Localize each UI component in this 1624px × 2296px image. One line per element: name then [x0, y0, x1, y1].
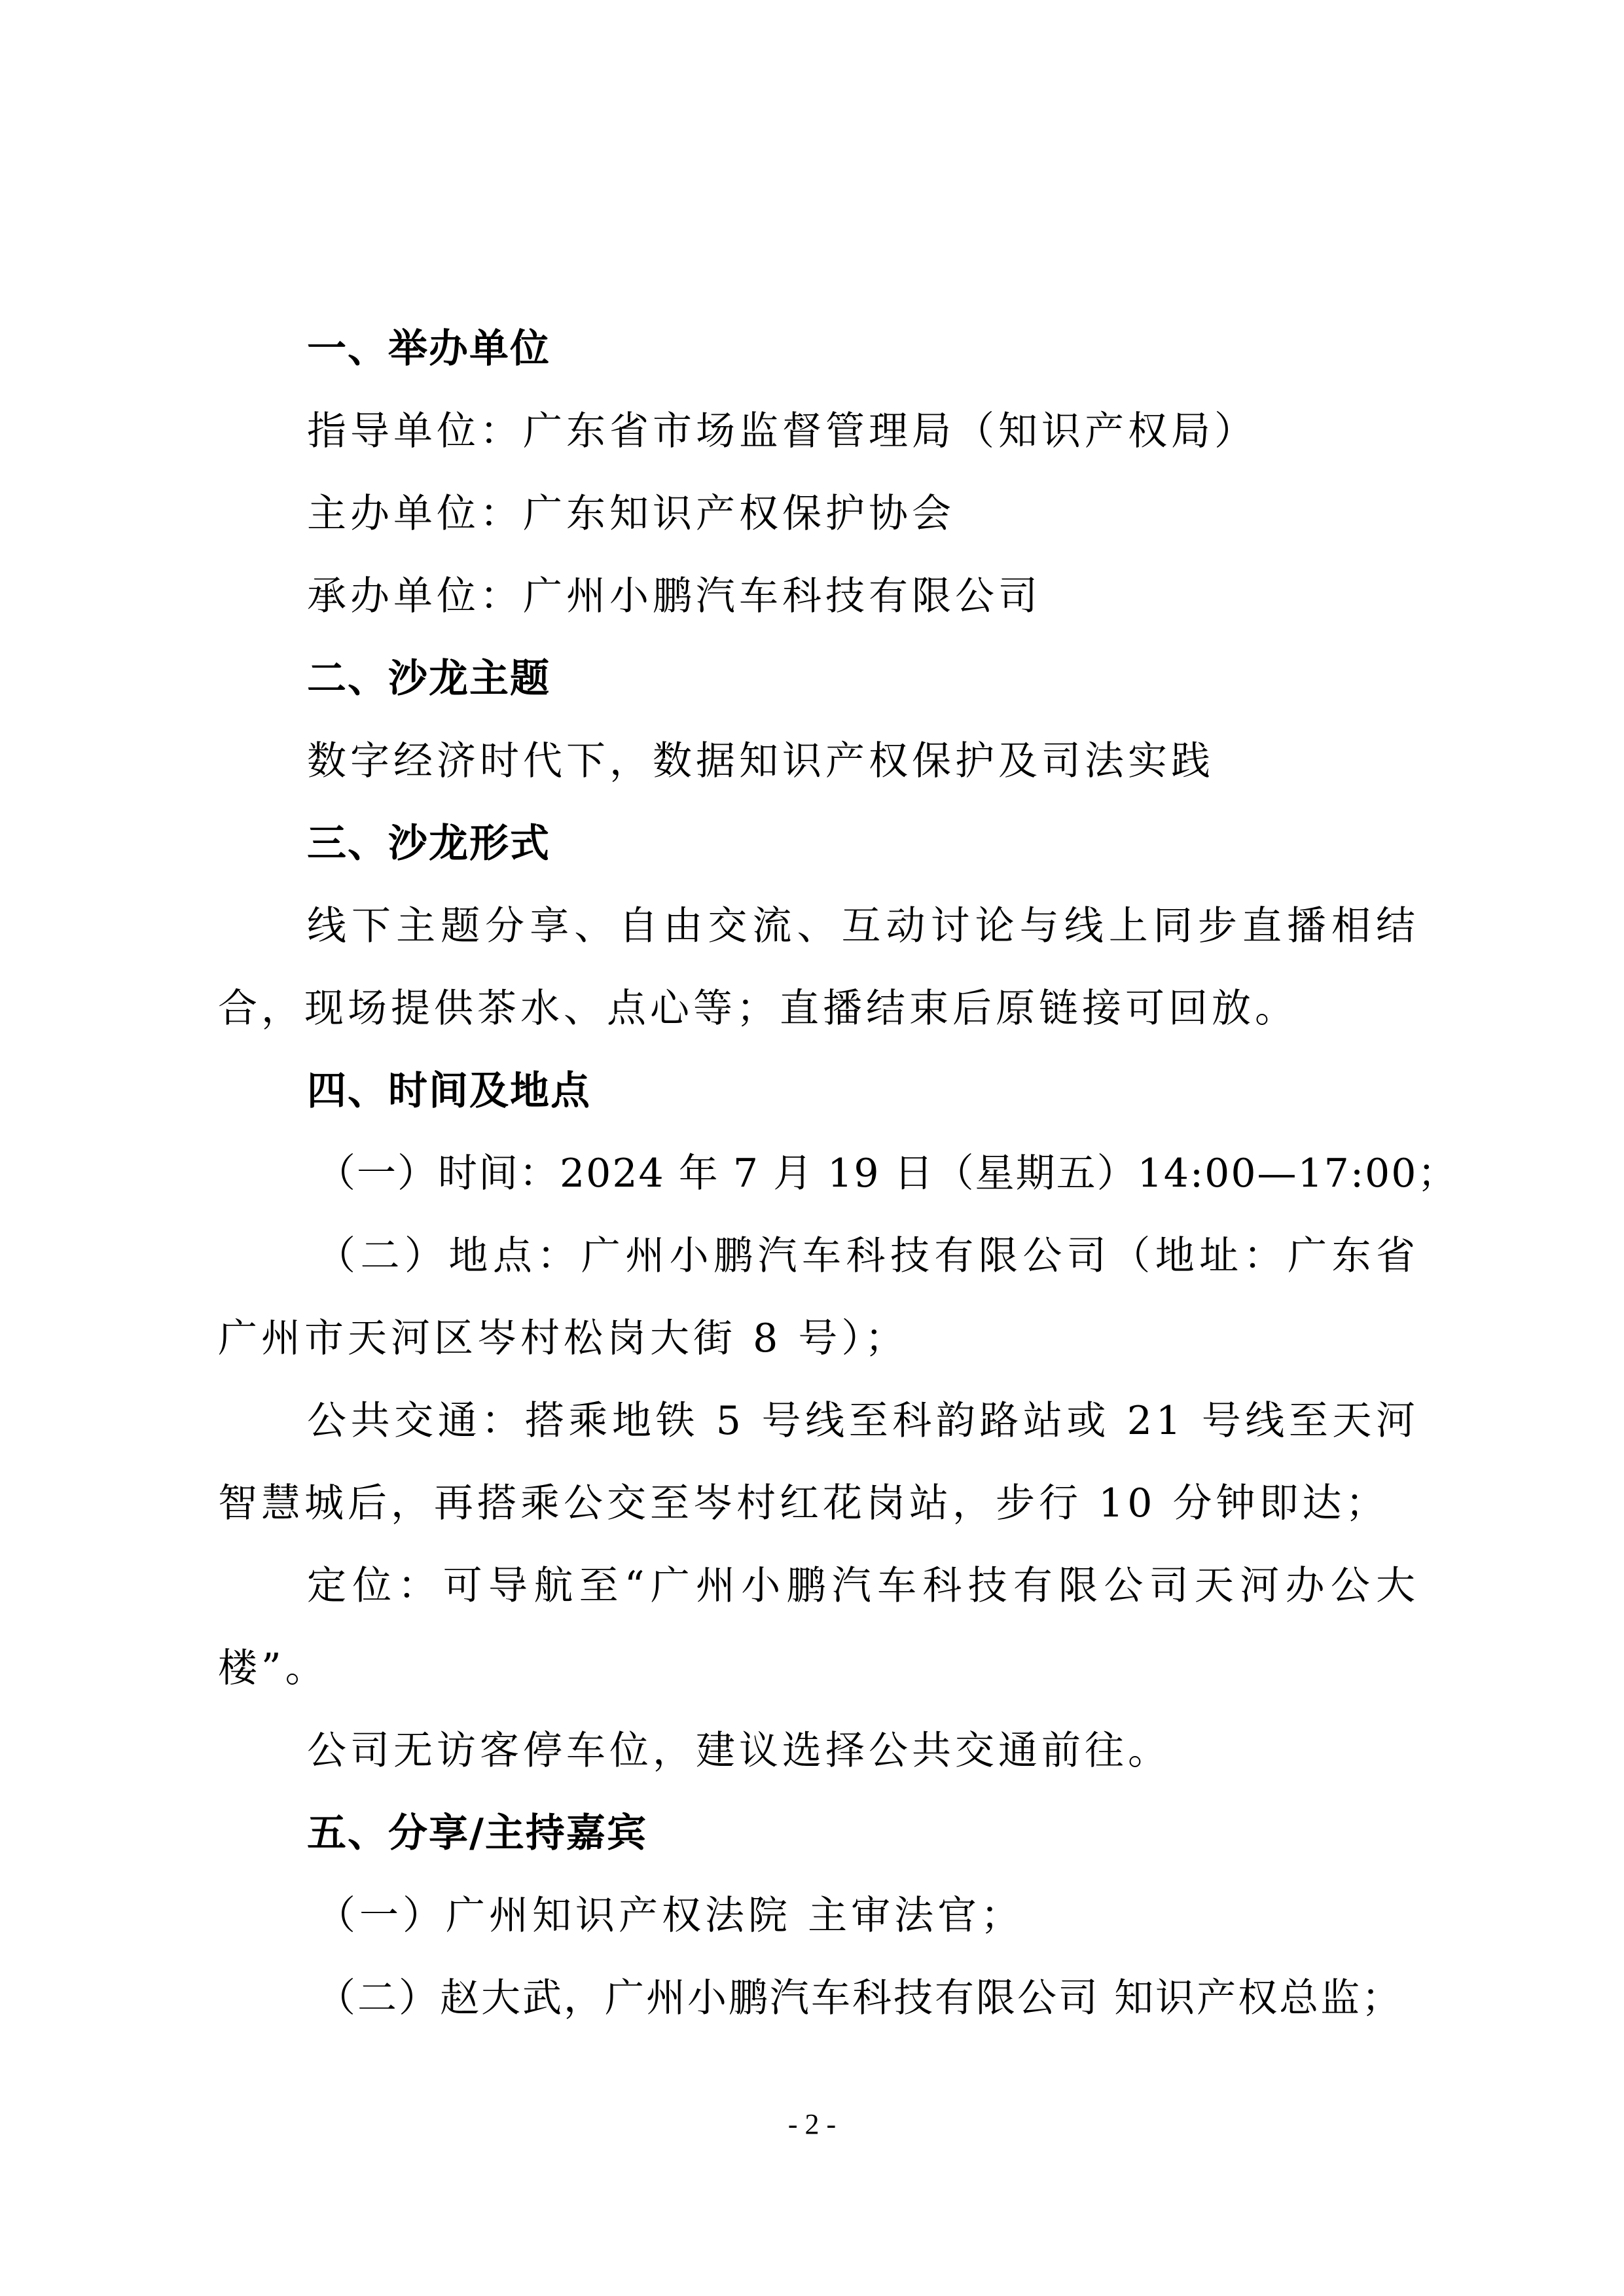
guest-item: （二）赵大武，广州小鹏汽车科技有限公司 知识产权总监；: [218, 1957, 1419, 2039]
section-heading-theme: 二、沙龙主题: [218, 637, 1419, 720]
document-page: 一、举办单位 指导单位：广东省市场监督管理局（知识产权局） 主办单位：广东知识产…: [218, 308, 1419, 2039]
section-heading-format: 三、沙龙形式: [218, 802, 1419, 885]
event-place: （二）地点：广州小鹏汽车科技有限公司（地址：广东省广州市天河区岑村松岗大街 8 …: [218, 1215, 1419, 1380]
host-unit: 主办单位：广东知识产权保护协会: [218, 473, 1419, 555]
format-text: 线下主题分享、自由交流、互动讨论与线上同步直播相结合，现场提供茶水、点心等；直播…: [218, 885, 1419, 1050]
section-heading-time-place: 四、时间及地点: [218, 1050, 1419, 1132]
theme-text: 数字经济时代下，数据知识产权保护及司法实践: [218, 720, 1419, 802]
transit-info: 公共交通：搭乘地铁 5 号线至科韵路站或 21 号线至天河智慧城后，再搭乘公交至…: [218, 1380, 1419, 1545]
section-heading-guests: 五、分享/主持嘉宾: [218, 1792, 1419, 1874]
page-number: - 2 -: [0, 2108, 1624, 2141]
event-time: （一）时间：2024 年 7 月 19 日（星期五）14:00—17:00；: [218, 1132, 1419, 1215]
parking-info: 公司无访客停车位，建议选择公共交通前往。: [218, 1710, 1419, 1792]
undertaker-unit: 承办单位：广州小鹏汽车科技有限公司: [218, 555, 1419, 637]
navigation-info: 定位：可导航至“广州小鹏汽车科技有限公司天河办公大楼”。: [218, 1545, 1419, 1710]
section-heading-organizers: 一、举办单位: [218, 308, 1419, 390]
guide-unit: 指导单位：广东省市场监督管理局（知识产权局）: [218, 390, 1419, 473]
guest-item: （一）广州知识产权法院 主审法官；: [218, 1874, 1419, 1957]
